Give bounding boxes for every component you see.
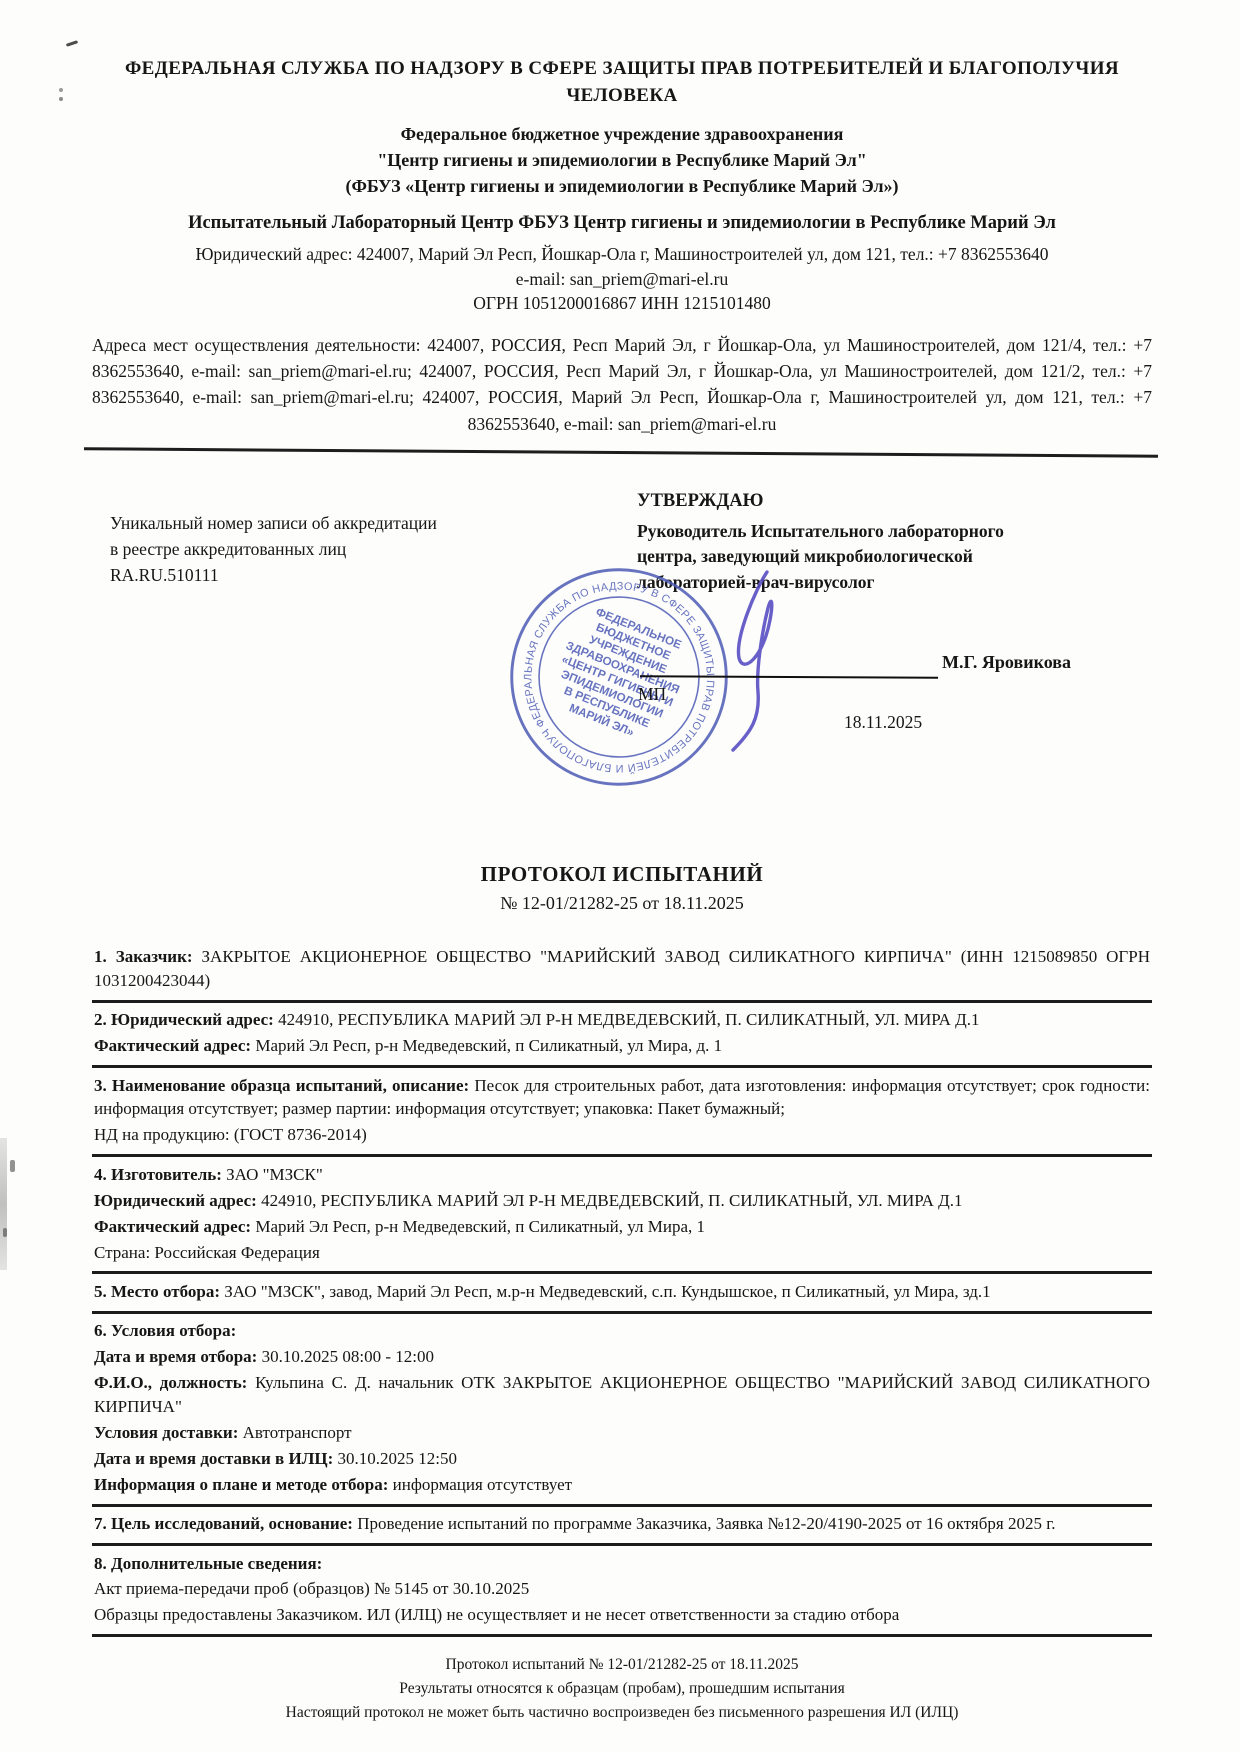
document-body: ФЕДЕРАЛЬНАЯ СЛУЖБА ПО НАДЗОРУ В СФЕРЕ ЗА… [92,56,1152,1725]
signature-stroke [733,572,772,750]
field-line: Образцы предоставлены Заказчиком. ИЛ (ИЛ… [94,1603,1150,1626]
protocol-section: 6. Условия отбора: Дата и время отбора: … [92,1314,1152,1507]
accreditation-line: в реестре аккредитованных лиц [110,536,510,562]
activity-addresses: Адреса мест осуществления деятельности: … [92,332,1152,437]
field-line: Юридический адрес: 424910, РЕСПУБЛИКА МА… [94,1189,1150,1212]
protocol-number: № 12-01/21282-25 от 18.11.2025 [92,893,1152,914]
protocol-section: 8. Дополнительные сведения: Акт приема-п… [92,1546,1152,1637]
organization-block: Федеральное бюджетное учреждение здравоо… [92,121,1152,199]
field-value: Акт приема-передачи проб (образцов) № 51… [94,1579,529,1598]
field-label: Информация о плане и методе отбора: [94,1475,388,1494]
footer-line: Настоящий протокол не может быть частичн… [92,1701,1152,1725]
field-label: Дата и время доставки в ИЛЦ: [94,1449,333,1468]
field-label: 4. Изготовитель: [94,1165,222,1184]
field-line: 3. Наименование образца испытаний, описа… [94,1074,1150,1121]
legal-address: Юридический адрес: 424007, Марий Эл Респ… [92,242,1152,267]
field-value: Образцы предоставлены Заказчиком. ИЛ (ИЛ… [94,1605,899,1624]
field-label: 1. Заказчик: [94,947,193,966]
field-label: Дата и время отбора: [94,1347,257,1366]
lab-center-line: Испытательный Лабораторный Центр ФБУЗ Це… [92,213,1152,234]
page-footer: Протокол испытаний № 12-01/21282-25 от 1… [92,1653,1152,1725]
field-label: Юридический адрес: [94,1191,257,1210]
scan-artifact [66,40,78,47]
field-label: Ф.И.О., должность: [94,1373,247,1392]
field-value: Автотранспорт [243,1423,352,1442]
field-value: 30.10.2025 08:00 - 12:00 [262,1347,434,1366]
field-label: 3. Наименование образца испытаний, описа… [94,1076,469,1095]
field-value: Марий Эл Респ, р-н Медведевский, п Силик… [255,1036,722,1055]
field-value: Марий Эл Респ, р-н Медведевский, п Силик… [255,1217,705,1236]
field-line: НД на продукцию: (ГОСТ 8736-2014) [94,1123,1150,1146]
field-line: Дата и время отбора: 30.10.2025 08:00 - … [94,1345,1150,1368]
footer-line: Результаты относятся к образцам (пробам)… [92,1677,1152,1701]
field-line: Страна: Российская Федерация [94,1241,1150,1264]
field-value: 424910, РЕСПУБЛИКА МАРИЙ ЭЛ Р-Н МЕДВЕДЕВ… [278,1010,979,1029]
protocol-section: 2. Юридический адрес: 424910, РЕСПУБЛИКА… [92,1003,1152,1068]
protocol-section: 1. Заказчик: ЗАКРЫТОЕ АКЦИОНЕРНОЕ ОБЩЕСТ… [92,940,1152,1003]
field-value: Кульпина С. Д. начальник ОТК ЗАКРЫТОЕ АК… [94,1373,1150,1415]
field-label: 6. Условия отбора: [94,1321,236,1340]
signature [667,560,852,758]
scan-artifact [0,1138,7,1270]
agency-title: ФЕДЕРАЛЬНАЯ СЛУЖБА ПО НАДЗОРУ В СФЕРЕ ЗА… [92,56,1152,109]
ogrn-inn-line: ОГРН 1051200016867 ИНН 1215101480 [92,291,1152,316]
accreditation-line: Уникальный номер записи об аккредитации [110,510,510,536]
field-label: Фактический адрес: [94,1036,251,1055]
field-value: информация отсутствует [393,1475,572,1494]
field-line: 7. Цель исследований, основание: Проведе… [94,1512,1150,1535]
field-line: 8. Дополнительные сведения: [94,1552,1150,1575]
field-line: 5. Место отбора: ЗАО "МЗСК", завод, Мари… [94,1280,1150,1303]
organization-line: Федеральное бюджетное учреждение здравоо… [92,121,1152,147]
scan-artifact [3,1228,7,1237]
protocol-section: 7. Цель исследований, основание: Проведе… [92,1507,1152,1546]
signer-name: М.Г. Яровикова [942,652,1071,673]
scanned-protocol-page: ФЕДЕРАЛЬНАЯ СЛУЖБА ПО НАДЗОРУ В СФЕРЕ ЗА… [0,0,1240,1752]
protocol-title: ПРОТОКОЛ ИСПЫТАНИЙ [92,862,1152,887]
field-value: 424910, РЕСПУБЛИКА МАРИЙ ЭЛ Р-Н МЕДВЕДЕВ… [261,1191,962,1210]
approval-heading: УТВЕРЖДАЮ [637,488,1005,515]
protocol-section: 5. Место отбора: ЗАО "МЗСК", завод, Мари… [92,1274,1152,1313]
accreditation-number: RA.RU.510111 [110,562,510,588]
field-line: 2. Юридический адрес: 424910, РЕСПУБЛИКА… [94,1008,1150,1031]
scan-artifact [10,1160,15,1172]
field-line: Фактический адрес: Марий Эл Респ, р-н Ме… [94,1215,1150,1238]
footer-line: Протокол испытаний № 12-01/21282-25 от 1… [92,1653,1152,1677]
field-line: 6. Условия отбора: [94,1319,1150,1342]
organization-line: (ФБУЗ «Центр гигиены и эпидемиологии в Р… [92,173,1152,199]
field-line: 1. Заказчик: ЗАКРЫТОЕ АКЦИОНЕРНОЕ ОБЩЕСТ… [94,945,1150,992]
accreditation-block: Уникальный номер записи об аккредитации … [110,510,510,589]
field-value: ЗАО "МЗСК" [226,1165,323,1184]
protocol-sections: 1. Заказчик: ЗАКРЫТОЕ АКЦИОНЕРНОЕ ОБЩЕСТ… [92,940,1152,1637]
approval-area: Уникальный номер записи об аккредитации … [92,454,1152,806]
field-label: 7. Цель исследований, основание: [94,1514,353,1533]
field-value: Проведение испытаний по программе Заказч… [357,1514,1055,1533]
organization-line: "Центр гигиены и эпидемиологии в Республ… [92,147,1152,173]
mp-stamp-place-label: МП [638,684,666,705]
field-value: НД на продукцию: (ГОСТ 8736-2014) [94,1125,367,1144]
field-line: Фактический адрес: Марий Эл Респ, р-н Ме… [94,1034,1150,1057]
field-line: Информация о плане и методе отбора: инфо… [94,1473,1150,1496]
field-value: ЗАО "МЗСК", завод, Марий Эл Респ, м.р-н … [224,1282,990,1301]
field-label: 8. Дополнительные сведения: [94,1554,322,1573]
field-label: Фактический адрес: [94,1217,251,1236]
field-line: Акт приема-передачи проб (образцов) № 51… [94,1577,1150,1600]
field-line: Ф.И.О., должность: Кульпина С. Д. началь… [94,1371,1150,1418]
field-value: ЗАКРЫТОЕ АКЦИОНЕРНОЕ ОБЩЕСТВО "МАРИЙСКИЙ… [94,947,1150,989]
field-line: Дата и время доставки в ИЛЦ: 30.10.2025 … [94,1447,1150,1470]
field-value: 30.10.2025 12:50 [338,1449,457,1468]
field-line: Условия доставки: Автотранспорт [94,1421,1150,1444]
field-line: 4. Изготовитель: ЗАО "МЗСК" [94,1163,1150,1186]
scan-artifact [59,88,63,92]
protocol-section: 3. Наименование образца испытаний, описа… [92,1068,1152,1157]
approval-date: 18.11.2025 [844,712,922,733]
field-label: 2. Юридический адрес: [94,1010,274,1029]
field-label: Условия доставки: [94,1423,238,1442]
protocol-section: 4. Изготовитель: ЗАО "МЗСК"Юридический а… [92,1157,1152,1274]
email-line: e-mail: san_priem@mari-el.ru [92,267,1152,292]
field-value: Страна: Российская Федерация [94,1243,320,1262]
field-label: 5. Место отбора: [94,1282,220,1301]
